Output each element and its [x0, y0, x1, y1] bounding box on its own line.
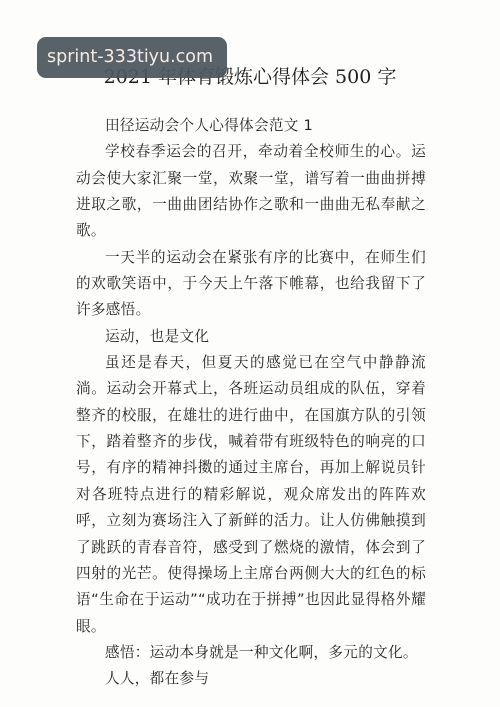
paragraph: 虽还是春天，但夏天的感觉已在空气中静静流淌。运动会开幕式上，各班运动员组成的队伍…: [76, 350, 426, 640]
paragraph: 感悟：运动本身就是一种文化啊，多元的文化。: [76, 640, 426, 666]
subheading: 运动，也是文化: [76, 324, 426, 350]
watermark-badge: sprint-333tiyu.com: [37, 37, 227, 78]
document-page: sprint-333tiyu.com 2021 年体育锻炼心得体会 500 字 …: [0, 0, 500, 707]
paragraph: 一天半的运动会在紧张有序的比赛中，在师生们的欢歌笑语中，于今天上午落下帷幕，也给…: [76, 245, 426, 324]
paragraph: 学校春季运会的召开，牵动着全校师生的心。运动会使大家汇聚一堂，欢聚一堂，谱写着一…: [76, 139, 426, 244]
section-heading: 田径运动会个人心得体会范文 1: [76, 113, 426, 139]
document-body: 田径运动会个人心得体会范文 1 学校春季运会的召开，牵动着全校师生的心。运动会使…: [76, 113, 426, 693]
paragraph: 人人，都在参与: [76, 666, 426, 692]
watermark-text: sprint-333tiyu.com: [47, 47, 213, 67]
